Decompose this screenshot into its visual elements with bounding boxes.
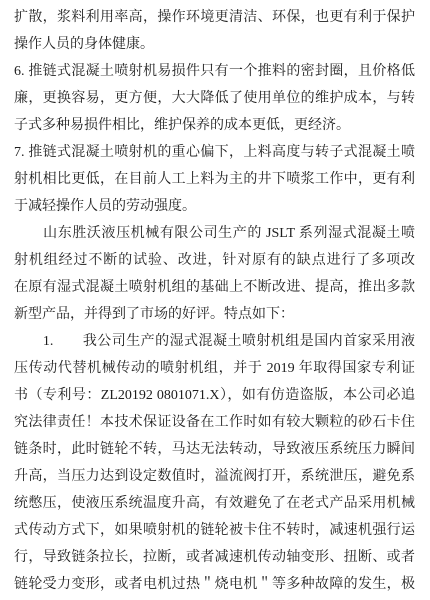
- text-line: 式传动方式下，如果喷射机的链轮被卡住不转时，减速机强行运: [14, 517, 415, 544]
- text-line: 书（专利号：ZL20192 0801071.X），如有仿造盗版，本公司必追: [14, 382, 415, 409]
- text-line: 在原有湿式混凝土喷射机组的基础上不断改进、提高，推出多款: [14, 274, 415, 301]
- text-line: 于减轻操作人员的劳动强度。: [14, 193, 415, 220]
- text-line: 压传动代替机械传动的喷射机组，并于 2019 年取得国家专利证: [14, 355, 415, 382]
- text-line: 7. 推链式混凝土喷射机的重心偏下，上料高度与转子式混凝土喷: [14, 139, 415, 166]
- text-line: 子式多种易损件相比，维护保养的成本更低，更经济。: [14, 112, 415, 139]
- text-line: 链轮受力变形，或者电机过热＂烧电机＂等多种故障的发生，极: [14, 571, 415, 598]
- text-line: 山东胜沃液压机械有限公司生产的 JSLT 系列湿式混凝土喷: [14, 220, 415, 247]
- text-line: 廉，更换容易，更方便，大大降低了使用单位的维护成本，与转: [14, 85, 415, 112]
- text-line: 升高，当压力达到设定数值时，溢流阀打开，系统泄压，避免系: [14, 463, 415, 490]
- document-page: 扩散，浆料利用率高，操作环境更清洁、环保，也更有利于保护 操作人员的身体健康。 …: [0, 0, 430, 600]
- text-line: 6. 推链式混凝土喷射机易损件只有一个推料的密封圈，且价格低: [14, 58, 415, 85]
- text-line: 1. 我公司生产的湿式混凝土喷射机组是国内首家采用液: [14, 328, 415, 355]
- text-line: 链条时，此时链轮不转，马达无法转动，导致液压系统压力瞬间: [14, 436, 415, 463]
- text-line: 行，导致链条拉长，拉断，或者减速机传动轴变形、扭断、或者: [14, 544, 415, 571]
- text-line: 统憋压，使液压系统温度升高，有效避免了在老式产品采用机械: [14, 490, 415, 517]
- text-line: 射机组经过不断的试验、改进，针对原有的缺点进行了多项改进，: [14, 247, 415, 274]
- text-line: 射机相比更低，在目前人工上料为主的井下喷浆工作中，更有利: [14, 166, 415, 193]
- text-line: 究法律责任！本技术保证设备在工作时如有较大颗粒的砂石卡住: [14, 409, 415, 436]
- text-line: 操作人员的身体健康。: [14, 31, 415, 58]
- text-line: 新型产品，并得到了市场的好评。特点如下：: [14, 301, 415, 328]
- text-line: 扩散，浆料利用率高，操作环境更清洁、环保，也更有利于保护: [14, 4, 415, 31]
